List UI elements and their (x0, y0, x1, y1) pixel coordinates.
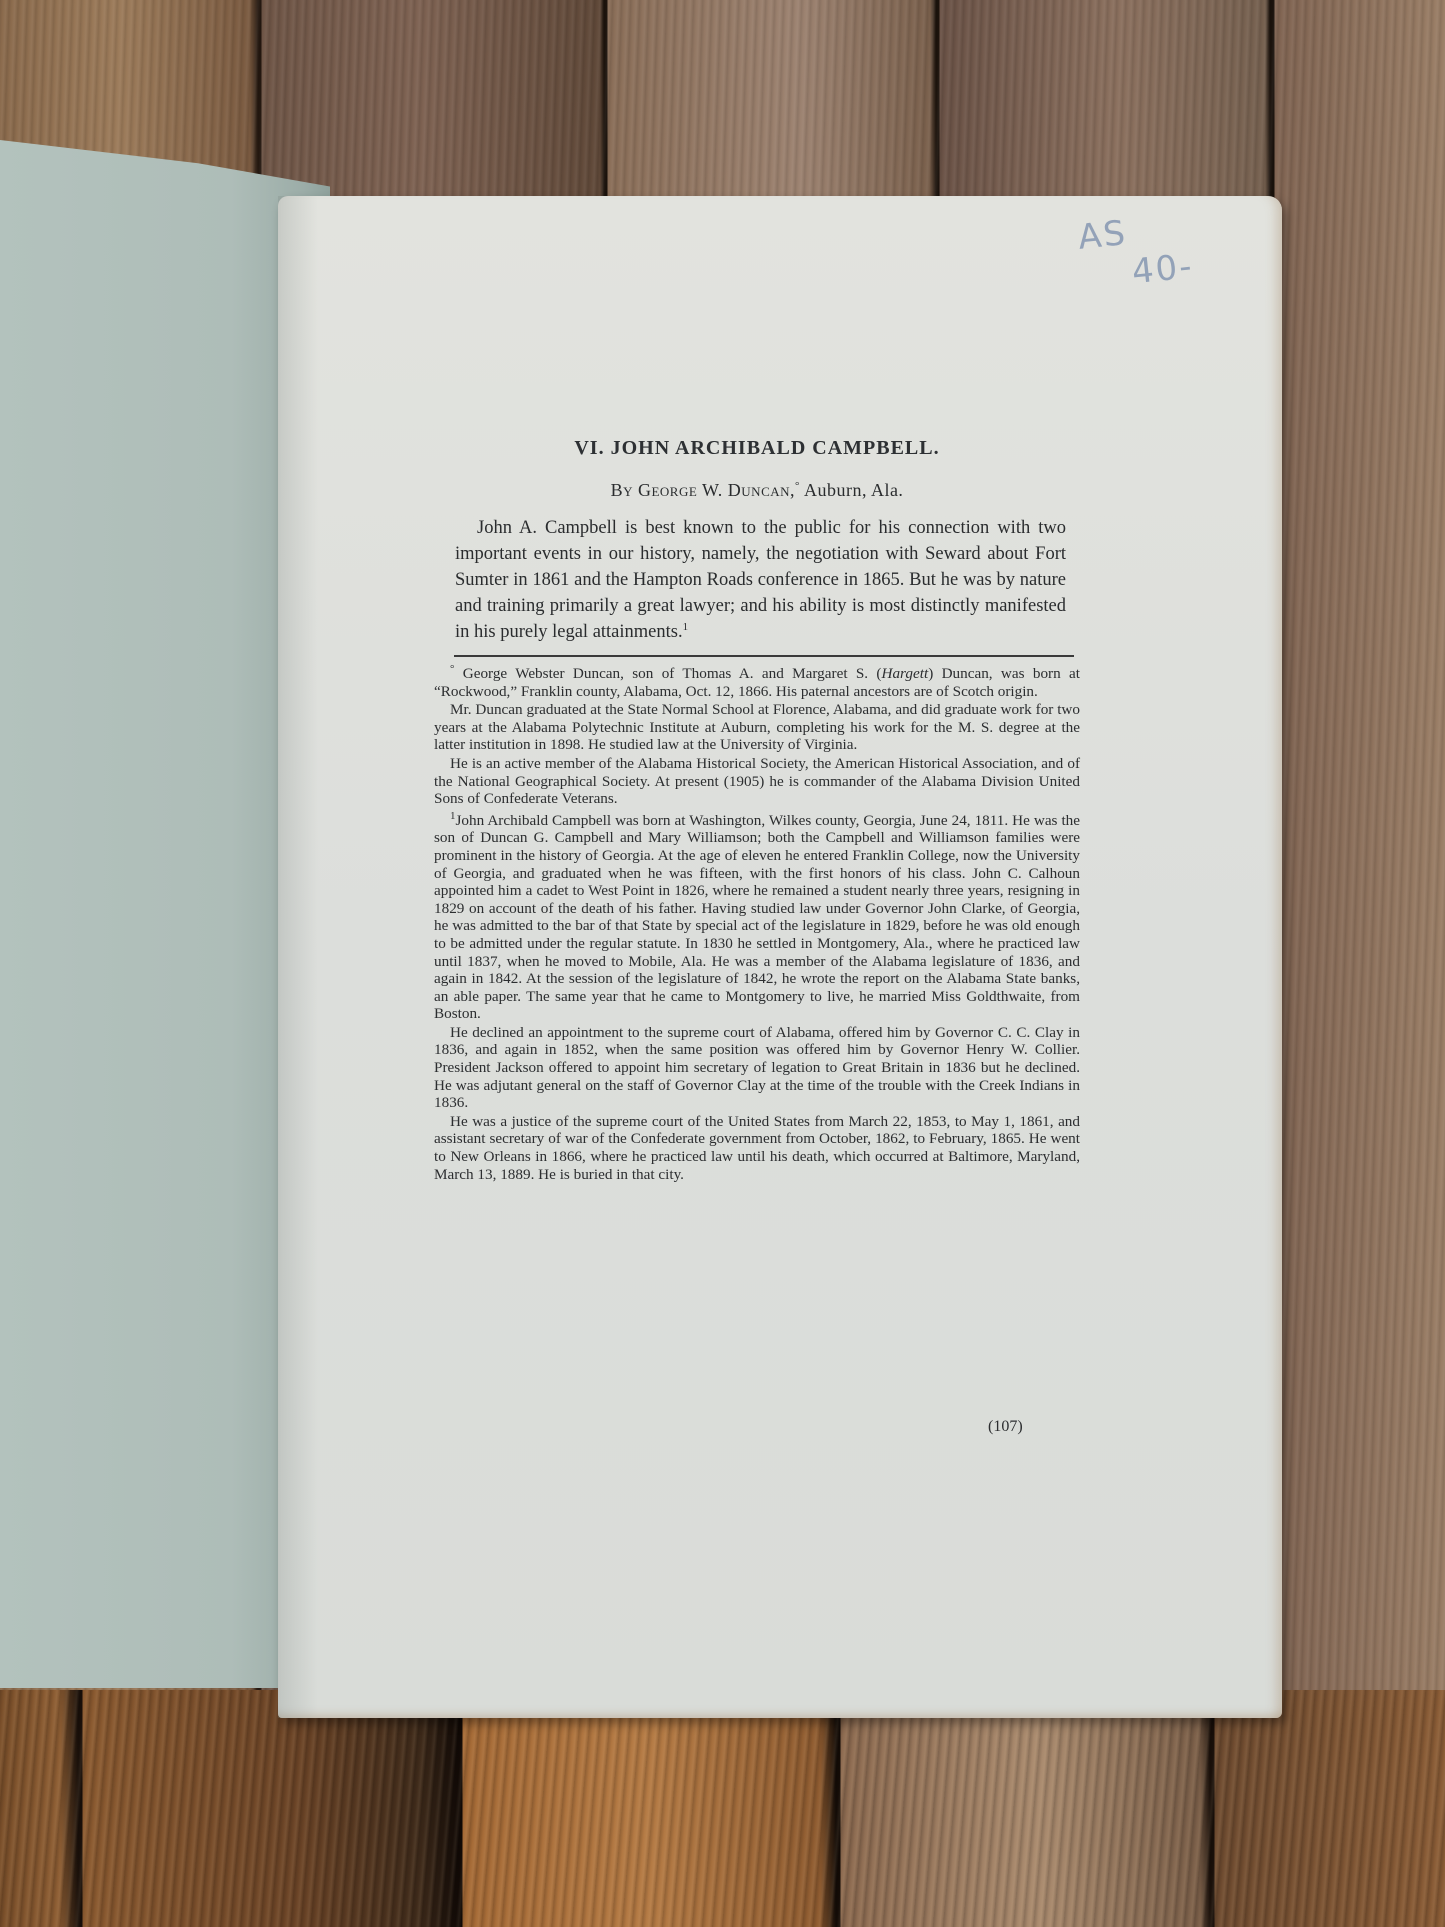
page-number: (107) (988, 1418, 1023, 1436)
footnote-campbell: 1John Archibald Campbell was born at Was… (434, 812, 1080, 1183)
pencil-note-line2: 40- (1130, 246, 1195, 292)
byline-place: Auburn, Ala. (800, 480, 904, 500)
article-byline: By George W. Duncan,° Auburn, Ala. (434, 480, 1080, 501)
footnote-paragraph: 1John Archibald Campbell was born at Was… (434, 812, 1080, 1023)
pencil-price-note: AS 40- (1076, 206, 1195, 297)
body-footnote-ref: 1 (683, 621, 689, 633)
footnotes: ° George Webster Duncan, son of Thomas A… (434, 665, 1080, 1183)
footnote-author: ° George Webster Duncan, son of Thomas A… (434, 665, 1080, 808)
byline-author: By George W. Duncan, (611, 480, 795, 500)
footnote-divider (454, 655, 1074, 657)
page-content: VI. JOHN ARCHIBALD CAMPBELL. By George W… (434, 437, 1080, 1183)
footnote-paragraph: He is an active member of the Alabama Hi… (434, 755, 1080, 808)
footnote-paragraph: He was a justice of the supreme court of… (434, 1113, 1080, 1183)
pencil-note-line1: AS (1076, 213, 1129, 258)
footnote-paragraph: ° George Webster Duncan, son of Thomas A… (434, 665, 1080, 700)
body-text: John A. Campbell is best known to the pu… (455, 518, 1066, 642)
footnote-italic-name: Hargett (882, 665, 929, 682)
footnote-paragraph: Mr. Duncan graduated at the State Normal… (434, 701, 1080, 754)
body-paragraph: John A. Campbell is best known to the pu… (455, 515, 1066, 645)
footnote-paragraph: He declined an appointment to the suprem… (434, 1024, 1080, 1112)
footnote-text: George Webster Duncan, son of Thomas A. … (454, 665, 881, 682)
footnote-text: John Archibald Campbell was born at Wash… (434, 812, 1080, 1023)
wooden-table-foreground (0, 1690, 1445, 1927)
article-title: VI. JOHN ARCHIBALD CAMPBELL. (434, 437, 1080, 460)
